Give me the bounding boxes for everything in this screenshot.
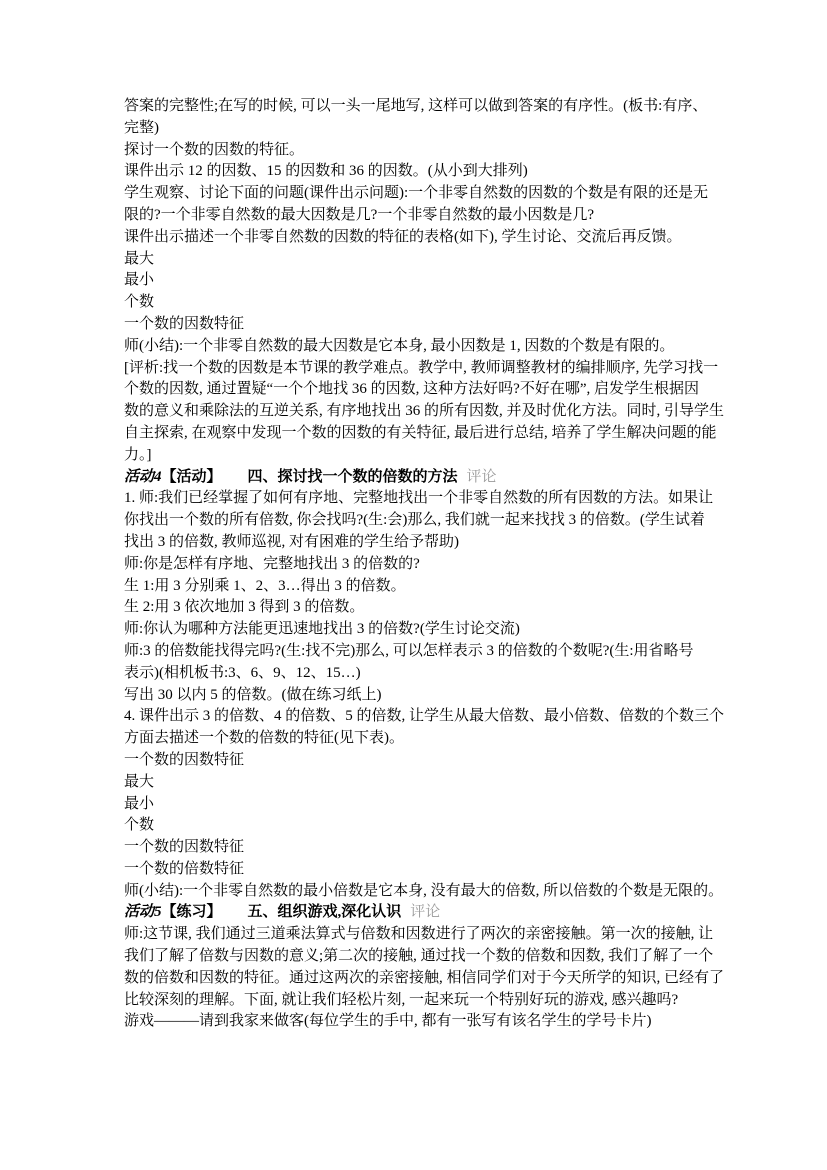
activity-title: 四、探讨找一个数的倍数的方法 — [248, 469, 458, 485]
text-line: 一个数的因数特征 — [124, 750, 718, 772]
text-line: 师(小结):一个非零自然数的最小倍数是它本身, 没有最大的倍数, 所以倍数的个数… — [124, 881, 718, 903]
activity-number-label: 活动4 — [124, 469, 162, 485]
text-line: 课件出示 12 的因数、15 的因数和 36 的因数。(从小到大排列) — [124, 161, 718, 183]
text-line: 写出 30 以内 5 的倍数。(做在练习纸上) — [124, 685, 718, 707]
text-line: 1. 师:我们已经掌握了如何有序地、完整地找出一个非零自然数的所有因数的方法。如… — [124, 488, 718, 510]
text-line: 4. 课件出示 3 的倍数、4 的倍数、5 的倍数, 让学生从最大倍数、最小倍数… — [124, 706, 718, 728]
comment-link[interactable]: 评论 — [467, 469, 497, 485]
text-line: 个数的因数, 通过置疑“一个个地找 36 的因数, 这种方法好吗?不好在哪”, … — [124, 379, 718, 401]
text-line: 最大 — [124, 249, 718, 271]
text-line: 力。] — [124, 445, 718, 467]
text-line: 课件出示描述一个非零自然数的因数的特征的表格(如下), 学生讨论、交流后再反馈。 — [124, 227, 718, 249]
document-content: 答案的完整性;在写的时候, 可以一头一尾地写, 这样可以做到答案的有序性。(板书… — [124, 96, 718, 1033]
text-line: 最小 — [124, 794, 718, 816]
activity-title: 五、组织游戏,深化认识 — [248, 904, 402, 920]
text-line: 探讨一个数的因数的特征。 — [124, 140, 718, 162]
text-line: 限的?一个非零自然数的最大因数是几?一个非零自然数的最小因数是几? — [124, 205, 718, 227]
text-line: 数的意义和乘除法的互逆关系, 有序地找出 36 的所有因数, 并及时优化方法。同… — [124, 401, 718, 423]
text-line: 表示)(相机板书:3、6、9、12、15…) — [124, 663, 718, 685]
text-line: 一个数的因数特征 — [124, 314, 718, 336]
text-line: 数的倍数和因数的特征。通过这两次的亲密接触, 相信同学们对于今天所学的知识, 已… — [124, 968, 718, 990]
text-line: 比较深刻的理解。下面, 就让我们轻松片刻, 一起来玩一个特别好玩的游戏, 感兴趣… — [124, 990, 718, 1012]
activity-number-label: 活动5 — [124, 904, 162, 920]
text-line: 师:你认为哪种方法能更迅速地找出 3 的倍数?(学生讨论交流) — [124, 619, 718, 641]
text-line: 个数 — [124, 815, 718, 837]
text-line: [评析:找一个数的因数是本节课的教学难点。教学中, 教师调整教材的编排顺序, 先… — [124, 358, 718, 380]
text-line: 生 2:用 3 依次地加 3 得到 3 的倍数。 — [124, 597, 718, 619]
comment-link[interactable]: 评论 — [410, 904, 440, 920]
text-line: 个数 — [124, 292, 718, 314]
text-line: 师:3 的倍数能找得完吗?(生:找不完)那么, 可以怎样表示 3 的倍数的个数呢… — [124, 641, 718, 663]
text-line: 找出 3 的倍数, 教师巡视, 对有困难的学生给予帮助) — [124, 532, 718, 554]
text-line: 师(小结):一个非零自然数的最大因数是它本身, 最小因数是 1, 因数的个数是有… — [124, 336, 718, 358]
text-line: 最小 — [124, 270, 718, 292]
activity-heading: 活动5【练习】五、组织游戏,深化认识评论 — [124, 902, 718, 924]
text-line: 完整) — [124, 118, 718, 140]
activity-type-label: 【活动】 — [162, 469, 222, 485]
text-line: 自主探索, 在观察中发现一个数的因数的有关特征, 最后进行总结, 培养了学生解决… — [124, 423, 718, 445]
text-line: 我们了解了倍数与因数的意义;第二次的接触, 通过找一个数的倍数和因数, 我们了解… — [124, 946, 718, 968]
text-line: 一个数的因数特征 — [124, 837, 718, 859]
text-line: 师:这节课, 我们通过三道乘法算式与倍数和因数进行了两次的亲密接触。第一次的接触… — [124, 924, 718, 946]
text-line: 你找出一个数的所有倍数, 你会找吗?(生:会)那么, 我们就一起来找找 3 的倍… — [124, 510, 718, 532]
text-line: 游戏———请到我家来做客(每位学生的手中, 都有一张写有该名学生的学号卡片) — [124, 1011, 718, 1033]
text-line: 答案的完整性;在写的时候, 可以一头一尾地写, 这样可以做到答案的有序性。(板书… — [124, 96, 718, 118]
activity-heading: 活动4【活动】四、探讨找一个数的倍数的方法评论 — [124, 467, 718, 489]
text-line: 学生观察、讨论下面的问题(课件出示问题):一个非零自然数的因数的个数是有限的还是… — [124, 183, 718, 205]
text-line: 一个数的倍数特征 — [124, 859, 718, 881]
document-page: 答案的完整性;在写的时候, 可以一头一尾地写, 这样可以做到答案的有序性。(板书… — [0, 0, 827, 1170]
text-line: 生 1:用 3 分别乘 1、2、3…得出 3 的倍数。 — [124, 576, 718, 598]
text-line: 方面去描述一个数的倍数的特征(见下表)。 — [124, 728, 718, 750]
text-line: 最大 — [124, 772, 718, 794]
activity-type-label: 【练习】 — [162, 904, 222, 920]
text-line: 师:你是怎样有序地、完整地找出 3 的倍数的? — [124, 554, 718, 576]
